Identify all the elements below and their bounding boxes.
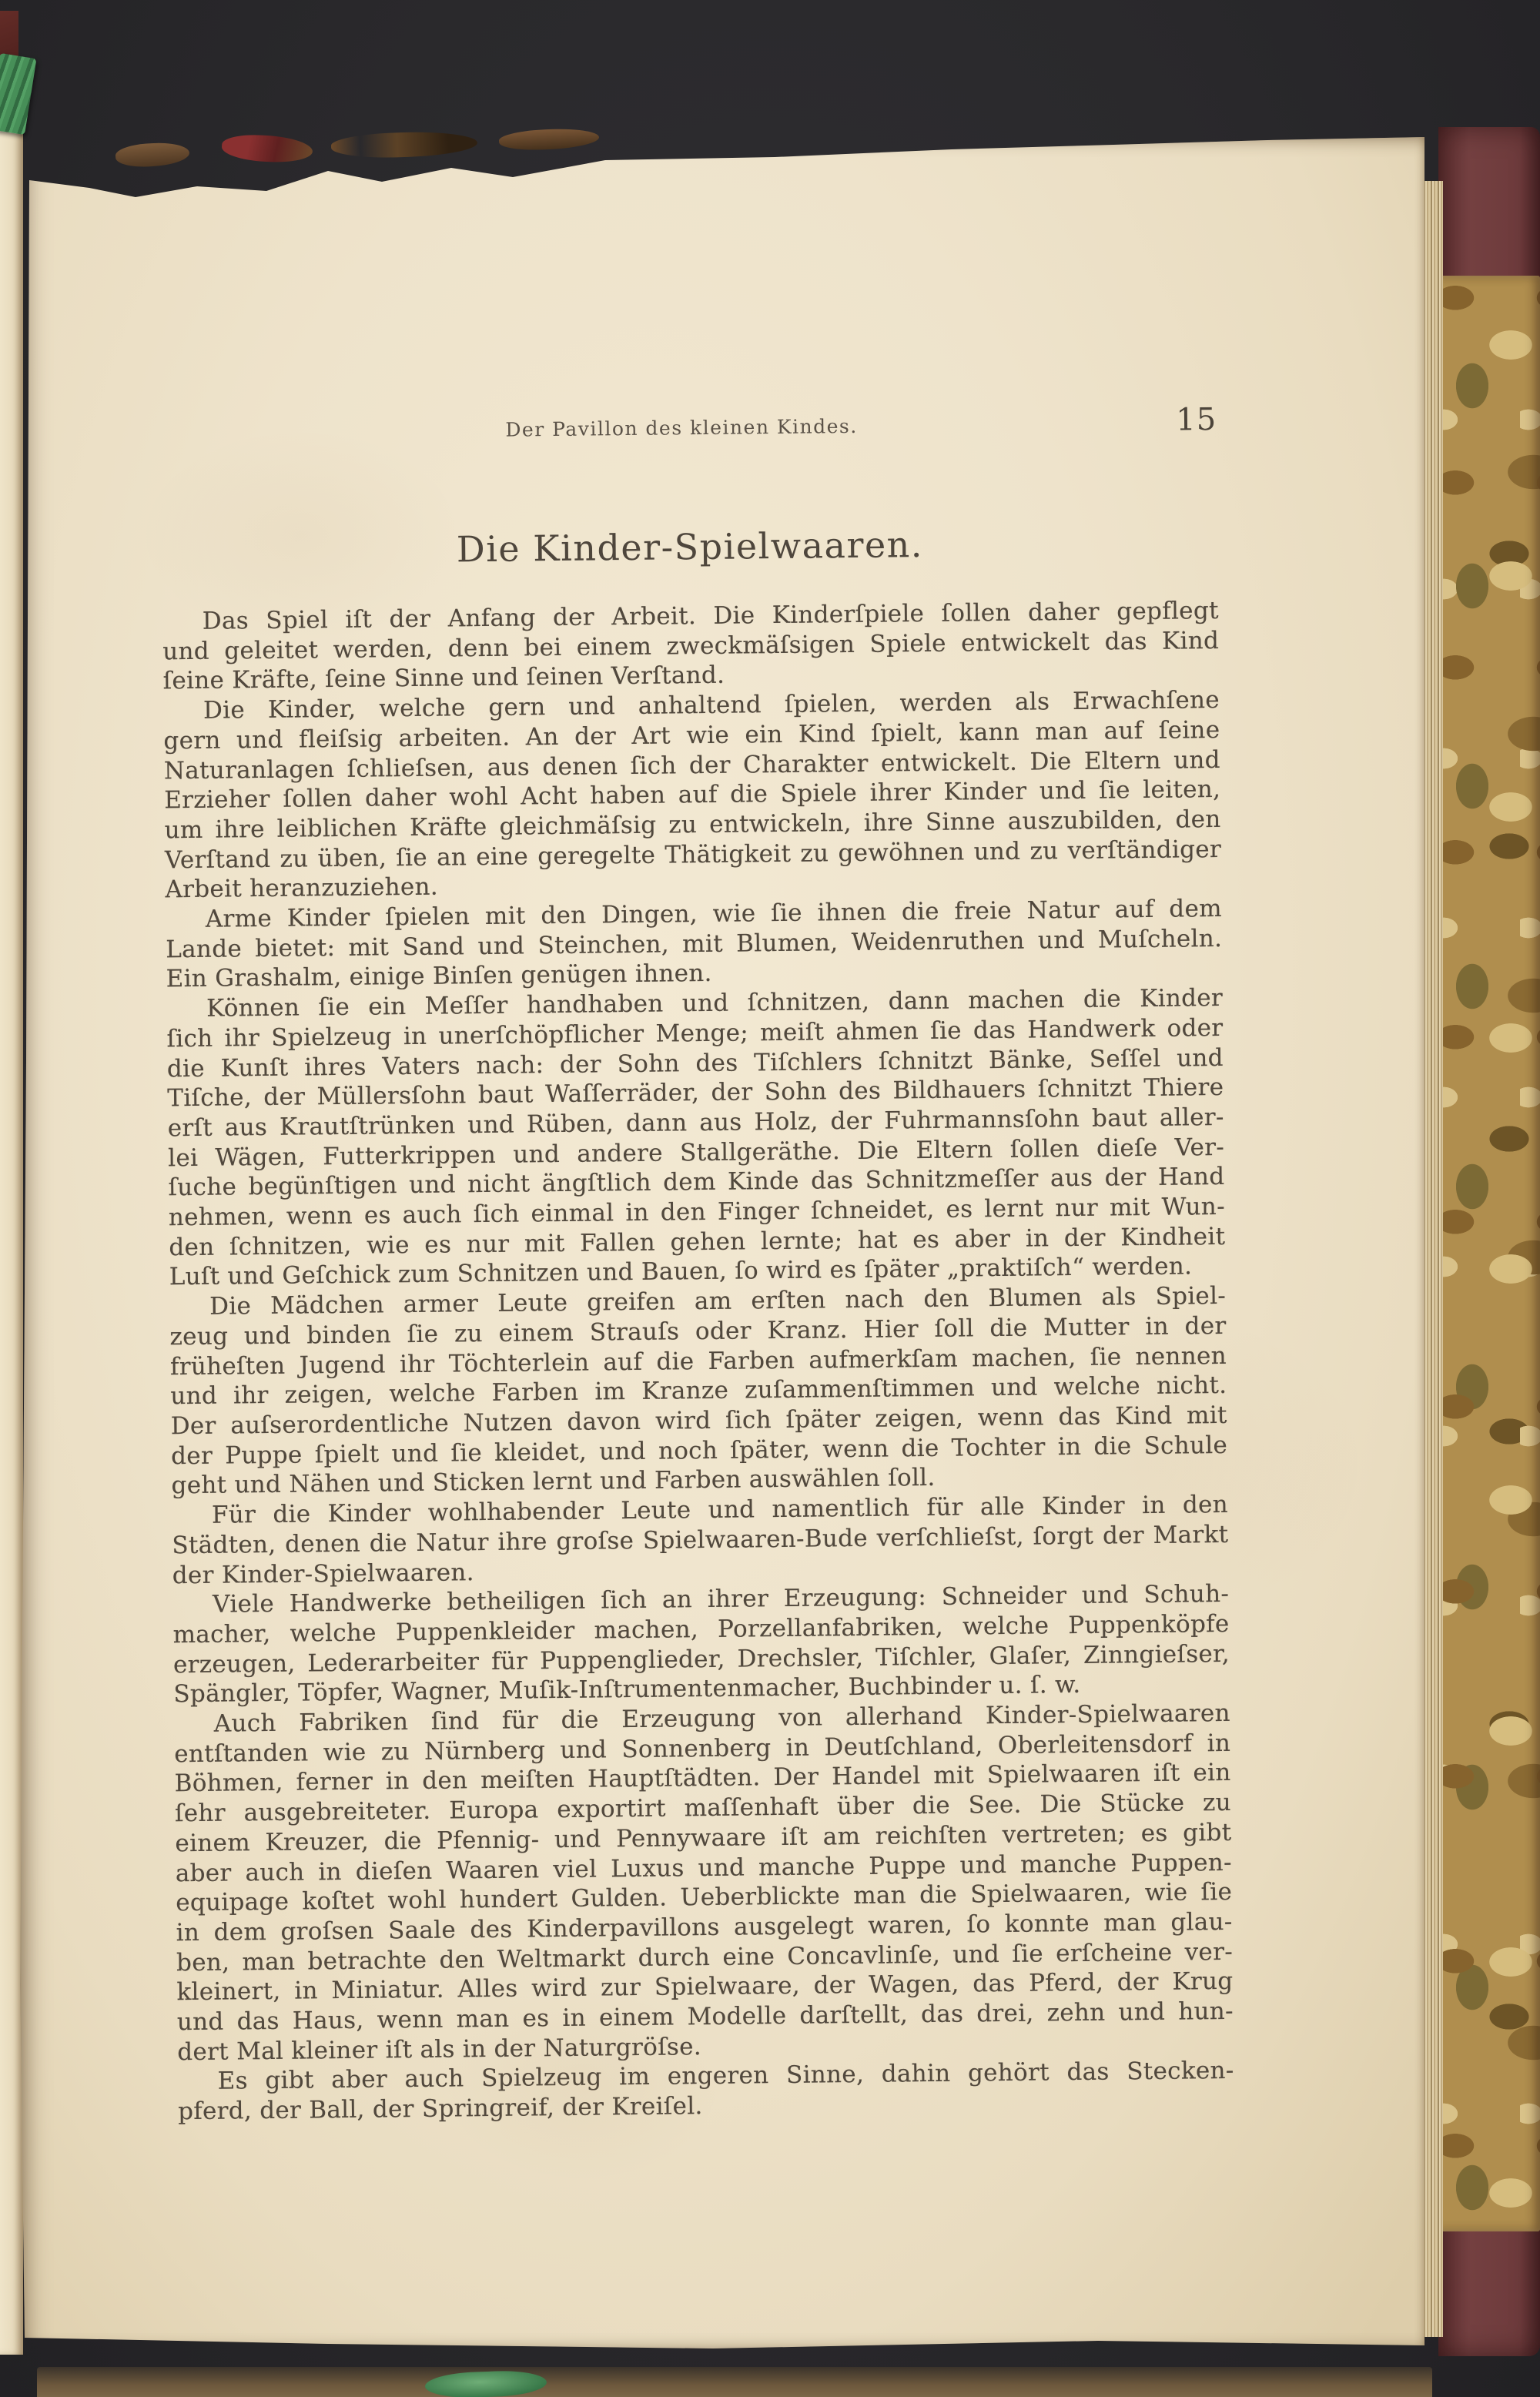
paragraph: Viele Handwerke betheiligen ſich an ihre… <box>172 1579 1230 1709</box>
book-page: Der Pavillon des kleinen Kindes. 15 Die … <box>20 137 1424 2350</box>
torn-paper-debris <box>115 141 190 169</box>
torn-paper-debris <box>330 130 477 160</box>
paragraph: Arme Kinder ſpielen mit den Dingen, wie … <box>166 894 1223 994</box>
running-header: Der Pavillon des kleinen Kindes. <box>505 415 858 441</box>
paragraph: Auch Fabriken ſind für die Erzeugung von… <box>174 1699 1234 2067</box>
paragraph: Es gibt aber auch Spielzeug im engeren S… <box>177 2056 1234 2127</box>
facing-page-edge <box>0 114 23 2355</box>
torn-paper-debris <box>221 133 313 164</box>
paragraph: Für die Kinder wohlhabender Leute und na… <box>172 1490 1229 1590</box>
chapter-title: Die Kinder-Spielwaaren. <box>162 517 1219 576</box>
torn-paper-debris <box>498 127 599 152</box>
text-body: Das Spiel iſt der Anfang der Arbeit. Die… <box>162 596 1235 2127</box>
running-header-row: Der Pavillon des kleinen Kindes. 15 <box>160 408 1217 450</box>
paragraph: Die Kinder, welche gern und anhaltend ſp… <box>163 685 1222 905</box>
bookmark-ribbon <box>0 53 37 135</box>
page-number: 15 <box>1176 402 1217 438</box>
scan-bed-strip <box>37 2367 1432 2397</box>
marbled-board-edge <box>1435 276 1540 2231</box>
paragraph: Das Spiel iſt der Anfang der Arbeit. Die… <box>162 596 1220 696</box>
paragraph: Können ſie ein Meſſer handhaben und ſchn… <box>166 983 1226 1292</box>
scanned-book-photo: { "scan": { "running_header": "Der Pavil… <box>0 0 1540 2397</box>
type-area: Der Pavillon des kleinen Kindes. 15 Die … <box>160 408 1234 2127</box>
paragraph: Die Mädchen armer Leute greifen am erſte… <box>169 1281 1228 1501</box>
